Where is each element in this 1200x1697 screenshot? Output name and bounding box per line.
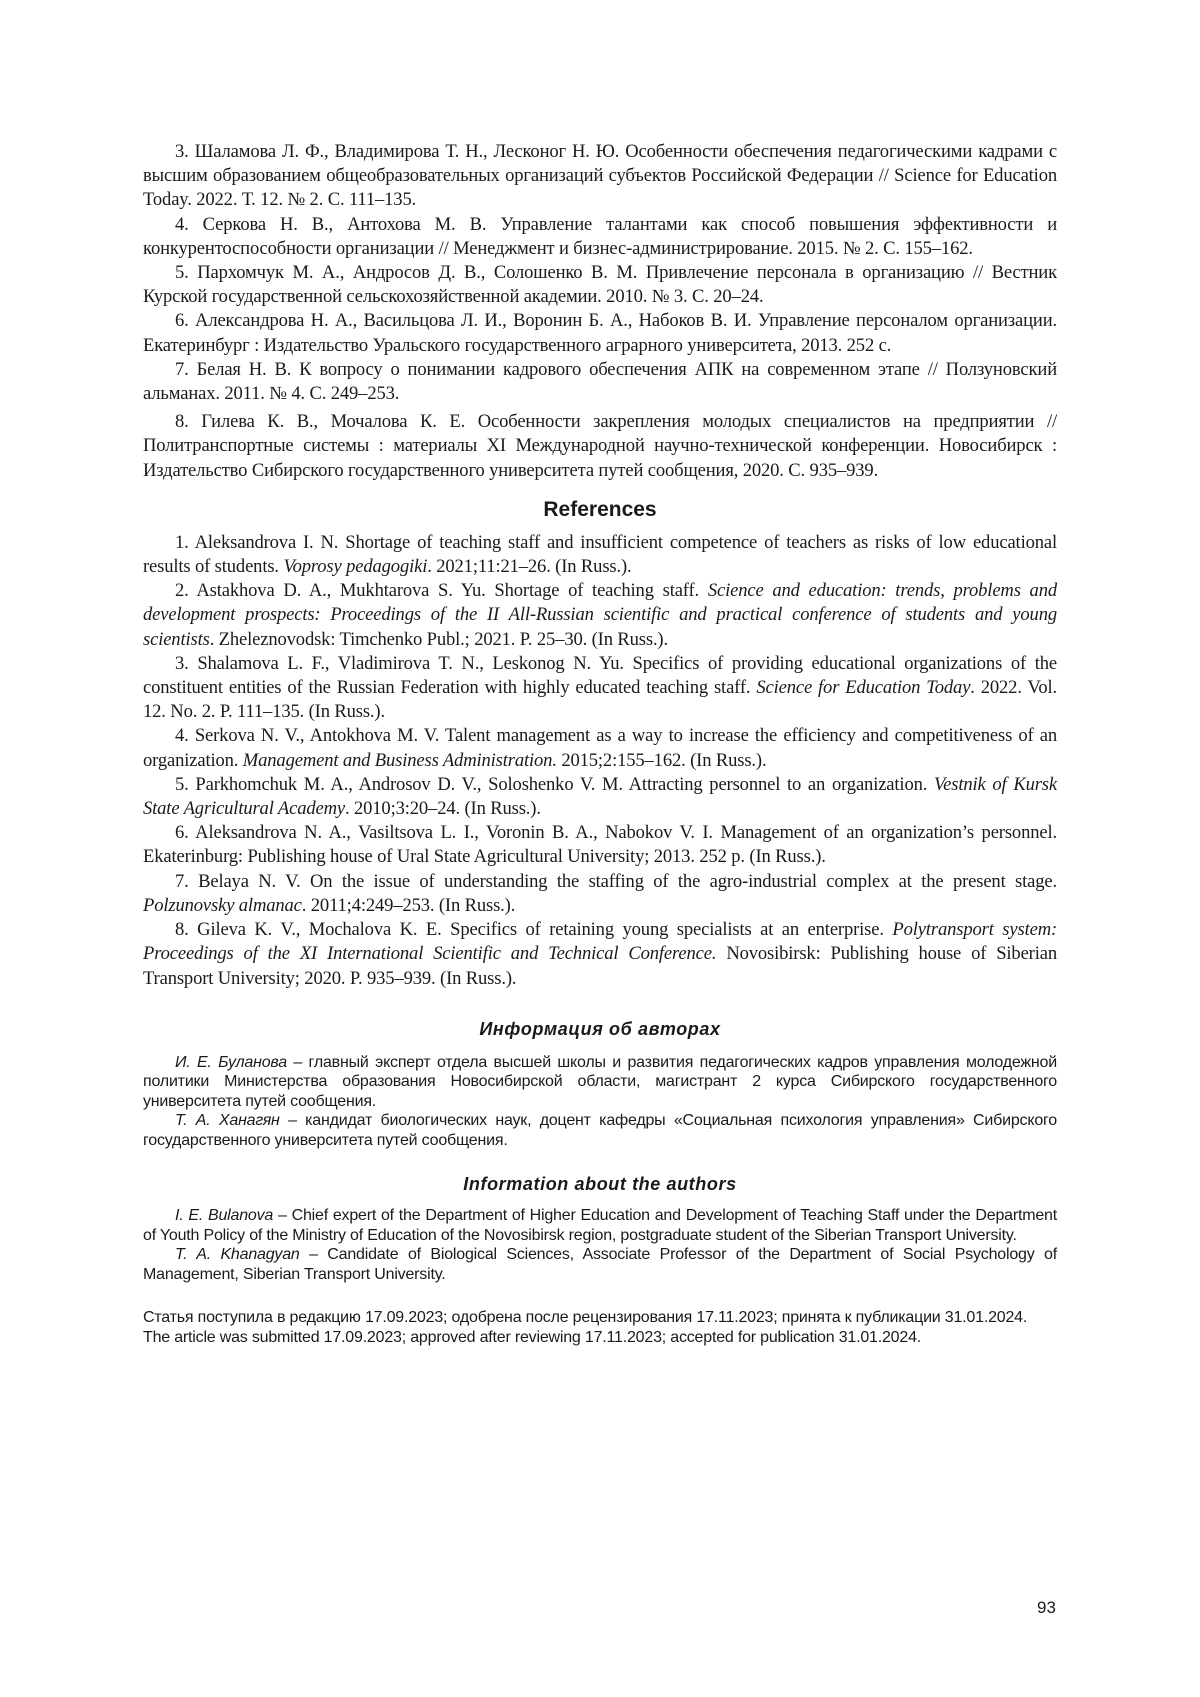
author-bio: I. E. Bulanova – Chief expert of the Dep… [143, 1206, 1057, 1245]
dates-en: The article was submitted 17.09.2023; ap… [143, 1328, 1057, 1348]
article-dates: Статья поступила в редакцию 17.09.2023; … [143, 1308, 1057, 1347]
reference-item: 8. Gileva K. V., Mochalova K. E. Specifi… [143, 918, 1057, 991]
russian-reference-list: 3. Шаламова Л. Ф., Владимирова Т. Н., Ле… [143, 140, 1057, 483]
reference-item: 3. Shalamova L. F., Vladimirova T. N., L… [143, 652, 1057, 725]
authors-info-ru: И. Е. Буланова – главный эксперт отдела … [143, 1053, 1057, 1151]
reference-item: 6. Aleksandrova N. A., Vasiltsova L. I.,… [143, 821, 1057, 869]
reference-item: 2. Astakhova D. A., Mukhtarova S. Yu. Sh… [143, 579, 1057, 652]
reference-item: 7. Belaya N. V. On the issue of understa… [143, 870, 1057, 918]
dates-ru: Статья поступила в редакцию 17.09.2023; … [143, 1308, 1057, 1328]
page-number: 93 [1037, 1598, 1056, 1618]
reference-item: 6. Александрова Н. А., Васильцова Л. И.,… [143, 309, 1057, 357]
author-name: T. A. Khanagyan [175, 1246, 300, 1263]
author-bio: И. Е. Буланова – главный эксперт отдела … [143, 1053, 1057, 1112]
author-bio: T. A. Khanagyan – Candidate of Biologica… [143, 1245, 1057, 1284]
reference-item: 5. Parkhomchuk M. A., Androsov D. V., So… [143, 773, 1057, 821]
references-heading: References [143, 497, 1057, 523]
author-name: Т. А. Ханагян [175, 1112, 280, 1129]
page-body: 3. Шаламова Л. Ф., Владимирова Т. Н., Ле… [143, 140, 1057, 1347]
author-name: I. E. Bulanova [175, 1207, 273, 1224]
reference-item: 5. Пархомчук М. А., Андросов Д. В., Соло… [143, 261, 1057, 309]
reference-item: 4. Serkova N. V., Antokhova M. V. Talent… [143, 724, 1057, 772]
author-name: И. Е. Буланова [175, 1054, 287, 1071]
author-bio: Т. А. Ханагян – кандидат биологических н… [143, 1111, 1057, 1150]
english-reference-list: 1. Aleksandrova I. N. Shortage of teachi… [143, 531, 1057, 991]
reference-item: 7. Белая Н. В. К вопросу о понимании кад… [143, 358, 1057, 406]
reference-item: 8. Гилева К. В., Мочалова К. Е. Особенно… [143, 410, 1057, 483]
authors-info-heading-ru: Информация об авторах [143, 1017, 1057, 1041]
reference-item: 1. Aleksandrova I. N. Shortage of teachi… [143, 531, 1057, 579]
reference-item: 3. Шаламова Л. Ф., Владимирова Т. Н., Ле… [143, 140, 1057, 213]
authors-info-heading-en: Information about the authors [143, 1172, 1057, 1196]
authors-info-en: I. E. Bulanova – Chief expert of the Dep… [143, 1206, 1057, 1284]
reference-item: 4. Серкова Н. В., Антохова М. В. Управле… [143, 213, 1057, 261]
